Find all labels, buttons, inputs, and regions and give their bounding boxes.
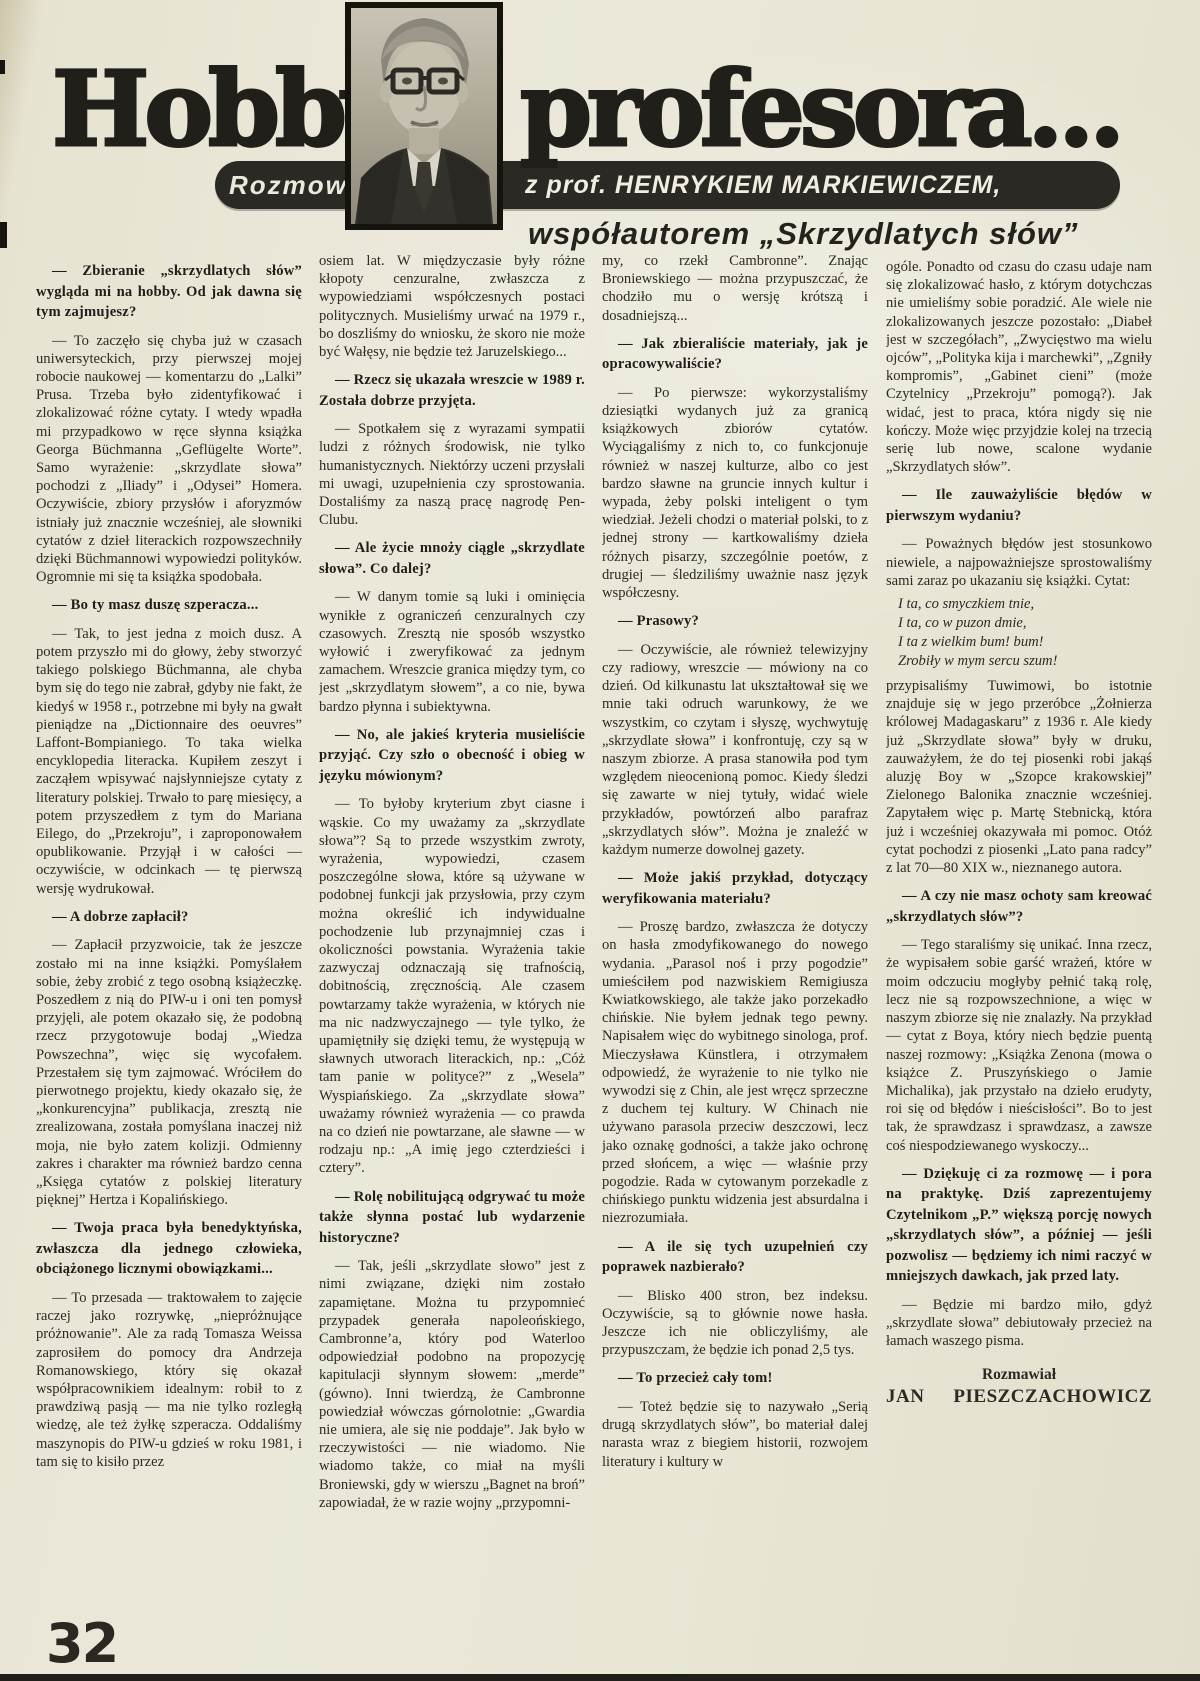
answer-paragraph: — Spotkałem się z wyrazami sympatii ludz…	[319, 420, 585, 529]
text-column-4: ogóle. Ponadto od czasu do czasu udaje n…	[886, 258, 1152, 1658]
answer-continuation: przypisaliśmy Tuwimowi, bo istotnie znaj…	[886, 677, 1152, 877]
answer-paragraph: — Będzie mi bardzo miło, gdyż „skrzydlat…	[886, 1296, 1152, 1351]
answer-paragraph: — Oczywiście, ale również telewizyjny cz…	[602, 641, 868, 859]
interviewer-question: — Dziękuję ci za rozmowę — i pora na pra…	[886, 1164, 1152, 1287]
answer-paragraph: — Tak, to jest jedna z moich dusz. A pot…	[36, 625, 302, 898]
interviewer-question: — Ale życie mnoży ciągle „skrzydlate sło…	[319, 538, 585, 579]
page-number: 32	[46, 1612, 117, 1675]
answer-continuation: osiem lat. W międzyczasie były różne kło…	[319, 252, 585, 361]
answer-paragraph: — Zapłacił przyzwoicie, tak że jeszcze z…	[36, 936, 302, 1209]
text-column-2: osiem lat. W międzyczasie były różne kło…	[319, 252, 585, 1652]
answer-paragraph: — To byłoby kryterium zbyt ciasne i wąsk…	[319, 795, 585, 1177]
text-column-1: — Zbieranie „skrzydlatych słów” wygląda …	[36, 252, 302, 1652]
interviewer-question: — Twoja praca była benedyktyńska, zwłasz…	[36, 1218, 302, 1280]
title-word-profesora: profesora...	[520, 58, 1120, 161]
professor-portrait-photo	[345, 2, 503, 230]
interviewer-name: JAN PIESZCZACHOWICZ	[886, 1388, 1152, 1406]
interviewer-question: — Prasowy?	[602, 611, 868, 632]
interviewer-question: — Może jakiś przykład, dotyczący weryfik…	[602, 868, 868, 909]
interviewer-question: — A czy nie masz ochoty sam kreować „skr…	[886, 886, 1152, 927]
interviewer-question: — Jak zbieraliście materiały, jak je opr…	[602, 334, 868, 375]
answer-paragraph: — To przesada — traktowałem to zajęcie r…	[36, 1289, 302, 1471]
answer-paragraph: — Po pierwsze: wykorzystaliśmy dziesiątk…	[602, 384, 868, 602]
portrait-illustration	[351, 8, 497, 224]
interviewer-question: — Ile zauważyliście błędów w pierwszym w…	[886, 485, 1152, 526]
answer-paragraph: — To zaczęło się chyba już w czasach uni…	[36, 332, 302, 587]
answer-continuation: my, co rzekł Cambronne”. Znając Broniews…	[602, 252, 868, 325]
interviewer-question: — Rzecz się ukazała wreszcie w 1989 r. Z…	[319, 370, 585, 411]
interviewer-question: — Rolę nobilitującą odgrywać tu może tak…	[319, 1187, 585, 1249]
interviewer-question: — A dobrze zapłacił?	[36, 907, 302, 928]
interviewer-question: — A ile się tych uzupełnień czy poprawek…	[602, 1237, 868, 1278]
signature-label: Rozmawiał	[886, 1366, 1152, 1384]
answer-paragraph: — W danym tomie są luki i ominięcia wyni…	[319, 588, 585, 715]
interviewee-label: z prof. HENRYKIEM MARKIEWICZEM,	[525, 171, 1001, 200]
text-column-3: my, co rzekł Cambronne”. Znając Broniews…	[602, 252, 868, 1652]
interviewer-question: — Zbieranie „skrzydlatych słów” wygląda …	[36, 261, 302, 323]
answer-paragraph: — Poważnych błędów jest stosunkowo niewi…	[886, 535, 1152, 590]
header-subtitle: współautorem „Skrzydlatych słów”	[528, 216, 1079, 252]
answer-paragraph: — Blisko 400 stron, bez indeksu. Oczywiś…	[602, 1287, 868, 1360]
interviewer-question: — To przecież cały tom!	[602, 1368, 868, 1389]
interviewer-question: — No, ale jakieś kryteria musieliście pr…	[319, 725, 585, 787]
page: Hobby Rozmowa z prof. HENRYKIEM MARKIEWI…	[0, 0, 1200, 1681]
bottom-edge-rule	[0, 1674, 1200, 1681]
interviewer-question: — Bo ty masz duszę szperacza...	[36, 595, 302, 616]
answer-paragraph: — Tego staraliśmy się unikać. Inna rzecz…	[886, 936, 1152, 1154]
left-edge-mark-top	[0, 60, 5, 74]
answer-continuation: ogóle. Ponadto od czasu do czasu udaje n…	[886, 258, 1152, 476]
verse-quote: I ta, co smyczkiem tnie,I ta, co w puzon…	[886, 595, 1152, 671]
answer-paragraph: — Tak, jeśli „skrzydlate słowo” jest z n…	[319, 1257, 585, 1512]
magazine-page-scan: { "colors": { "paper": "#e9e6d6", "ink":…	[0, 0, 1200, 1681]
answer-paragraph: — Proszę bardzo, zwłaszcza że dotyczy on…	[602, 918, 868, 1227]
left-edge-mark	[0, 222, 7, 248]
answer-paragraph: — Toteż będzie się to nazywało „Serią dr…	[602, 1398, 868, 1471]
